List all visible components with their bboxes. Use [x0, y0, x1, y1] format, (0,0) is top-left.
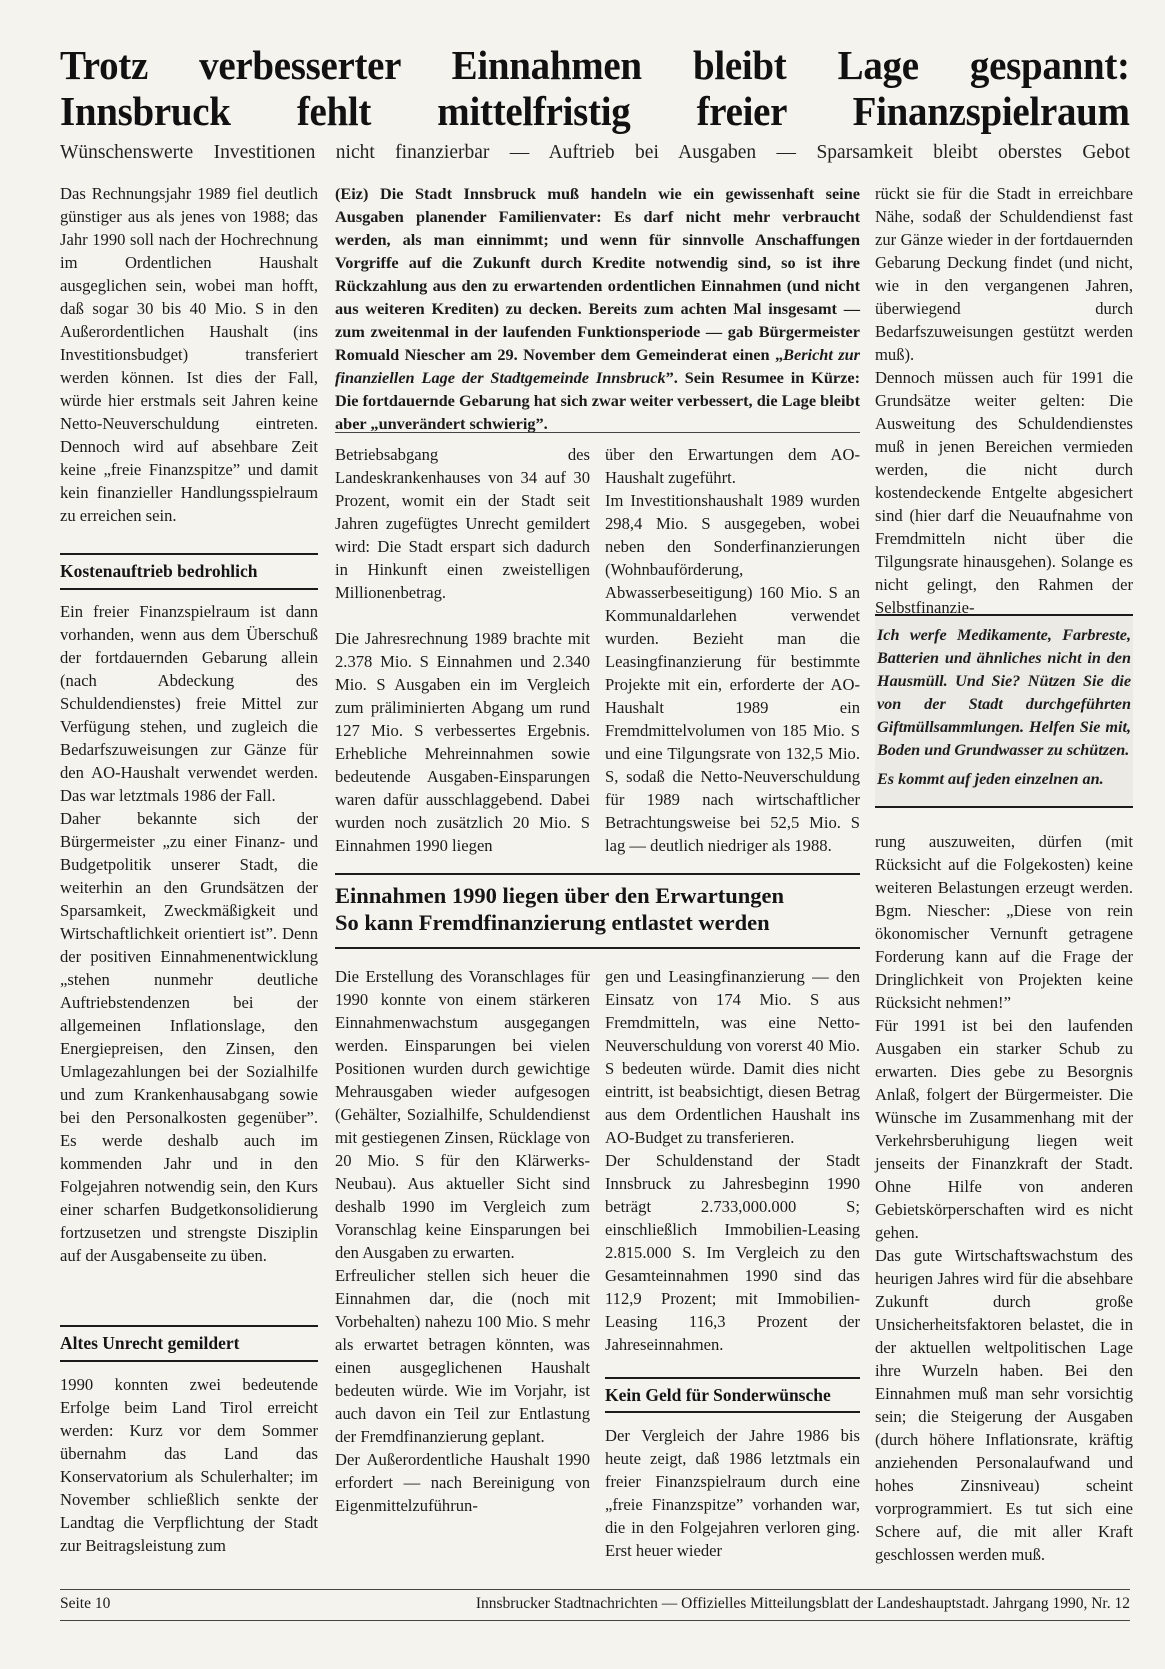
hazardous-waste-notice-box: Ich werfe Medikamente, Farbreste, Batter…	[875, 614, 1133, 808]
section-divider	[60, 553, 318, 555]
column-2d: gen und Leasingfinanzierung — den Einsat…	[605, 965, 860, 1356]
headline-line-2: Innsbruck fehlt mittelfristig freier Fin…	[60, 88, 1130, 134]
paragraph: Dennoch müssen auch für 1991 die Grundsä…	[875, 366, 1133, 619]
mid-heading-line-2: So kann Fremdfinanzierung entlastet werd…	[335, 909, 860, 936]
paragraph: 1990 konnten zwei bedeutende Erfolge bei…	[60, 1373, 318, 1557]
column-2c: Die Erstellung des Voranschlages für 199…	[335, 965, 590, 1517]
paragraph: Der Außerordentliche Haushalt 1990 erfor…	[335, 1448, 590, 1517]
paragraph: Der Schuldenstand der Stadt Innsbruck zu…	[605, 1149, 860, 1356]
section-heading-altes-unrecht: Altes Unrecht gemildert	[60, 1332, 240, 1354]
lead-text: (Eiz) Die Stadt Innsbruck muß handeln wi…	[335, 184, 860, 364]
mid-heading-line-1: Einnahmen 1990 liegen über den Erwartung…	[335, 882, 860, 909]
subheadline: Wünschenswerte Investitionen nicht finan…	[60, 142, 1130, 164]
section-altes-unrecht-body: 1990 konnten zwei bedeutende Erfolge bei…	[60, 1373, 318, 1557]
notice-tagline: Es kommt auf jeden einzelnen an.	[877, 768, 1131, 791]
section-kein-geld-body: Der Vergleich der Jahre 1986 bis heute z…	[605, 1424, 860, 1562]
paragraph: Der Vergleich der Jahre 1986 bis heute z…	[605, 1424, 860, 1562]
paragraph: gen und Leasingfinanzierung — den Einsat…	[605, 965, 860, 1149]
publication-info: Innsbrucker Stadtnachrichten — Offiziell…	[476, 1595, 1130, 1613]
column-3b: rung auszuweiten, dürfen (mit Rücksicht …	[875, 830, 1133, 1566]
section-heading-kostenauftrieb: Kostenauftrieb bedrohlich	[60, 560, 258, 582]
paragraph: Betriebsabgang des Landeskrankenhauses v…	[335, 443, 590, 604]
mid-heading: Einnahmen 1990 liegen über den Erwartung…	[335, 882, 860, 936]
paragraph: rung auszuweiten, dürfen (mit Rücksicht …	[875, 830, 1133, 1014]
paragraph: Die Jahresrechnung 1989 brachte mit 2.37…	[335, 627, 590, 857]
lead-paragraph: (Eiz) Die Stadt Innsbruck muß handeln wi…	[335, 182, 860, 435]
lead-divider	[335, 432, 860, 433]
paragraph: Erfreulicher stellen sich heuer die Einn…	[335, 1264, 590, 1448]
column-2b: über den Erwartungen dem AO-Haushalt zug…	[605, 443, 860, 857]
headline: Trotz verbesserter Einnahmen bleibt Lage…	[60, 42, 1130, 134]
paragraph: über den Erwartungen dem AO-Haushalt zug…	[605, 443, 860, 489]
headline-line-1: Trotz verbesserter Einnahmen bleibt Lage…	[60, 42, 1130, 88]
section-divider	[605, 1411, 860, 1413]
intro-paragraph: Das Rechnungsjahr 1989 fiel deutlich gün…	[60, 182, 318, 527]
paragraph: Für 1991 ist bei den laufenden Ausgaben …	[875, 1014, 1133, 1244]
newspaper-page: Trotz verbesserter Einnahmen bleibt Lage…	[60, 0, 1130, 1669]
paragraph: Im Investitionshaushalt 1989 wurden 298,…	[605, 489, 860, 857]
section-divider	[60, 588, 318, 590]
section-divider	[335, 873, 860, 875]
section-divider	[335, 947, 860, 949]
page-footer: Seite 10 Innsbrucker Stadtnachrichten — …	[60, 1589, 1130, 1621]
section-divider	[605, 1377, 860, 1379]
notice-text: Ich werfe Medikamente, Farbreste, Batter…	[877, 624, 1131, 762]
paragraph: Daher bekannte sich der Bürgermeister „z…	[60, 807, 318, 1267]
paragraph: Das gute Wirtschaftswachstum des heurige…	[875, 1244, 1133, 1566]
section-heading-kein-geld: Kein Geld für Sonderwünsche	[605, 1384, 831, 1406]
paragraph: Ein freier Finanzspielraum ist dann vorh…	[60, 600, 318, 807]
page-number: Seite 10	[60, 1595, 110, 1613]
column-1: Das Rechnungsjahr 1989 fiel deutlich gün…	[60, 182, 318, 527]
section-kostenauftrieb-body: Ein freier Finanzspielraum ist dann vorh…	[60, 600, 318, 1267]
section-divider	[60, 1360, 318, 1362]
section-divider	[60, 1325, 318, 1327]
paragraph: rückt sie für die Stadt in erreichbare N…	[875, 182, 1133, 366]
column-2a: Betriebsabgang des Landeskrankenhauses v…	[335, 443, 590, 857]
column-3: rückt sie für die Stadt in erreichbare N…	[875, 182, 1133, 619]
paragraph: Die Erstellung des Voranschlages für 199…	[335, 965, 590, 1264]
